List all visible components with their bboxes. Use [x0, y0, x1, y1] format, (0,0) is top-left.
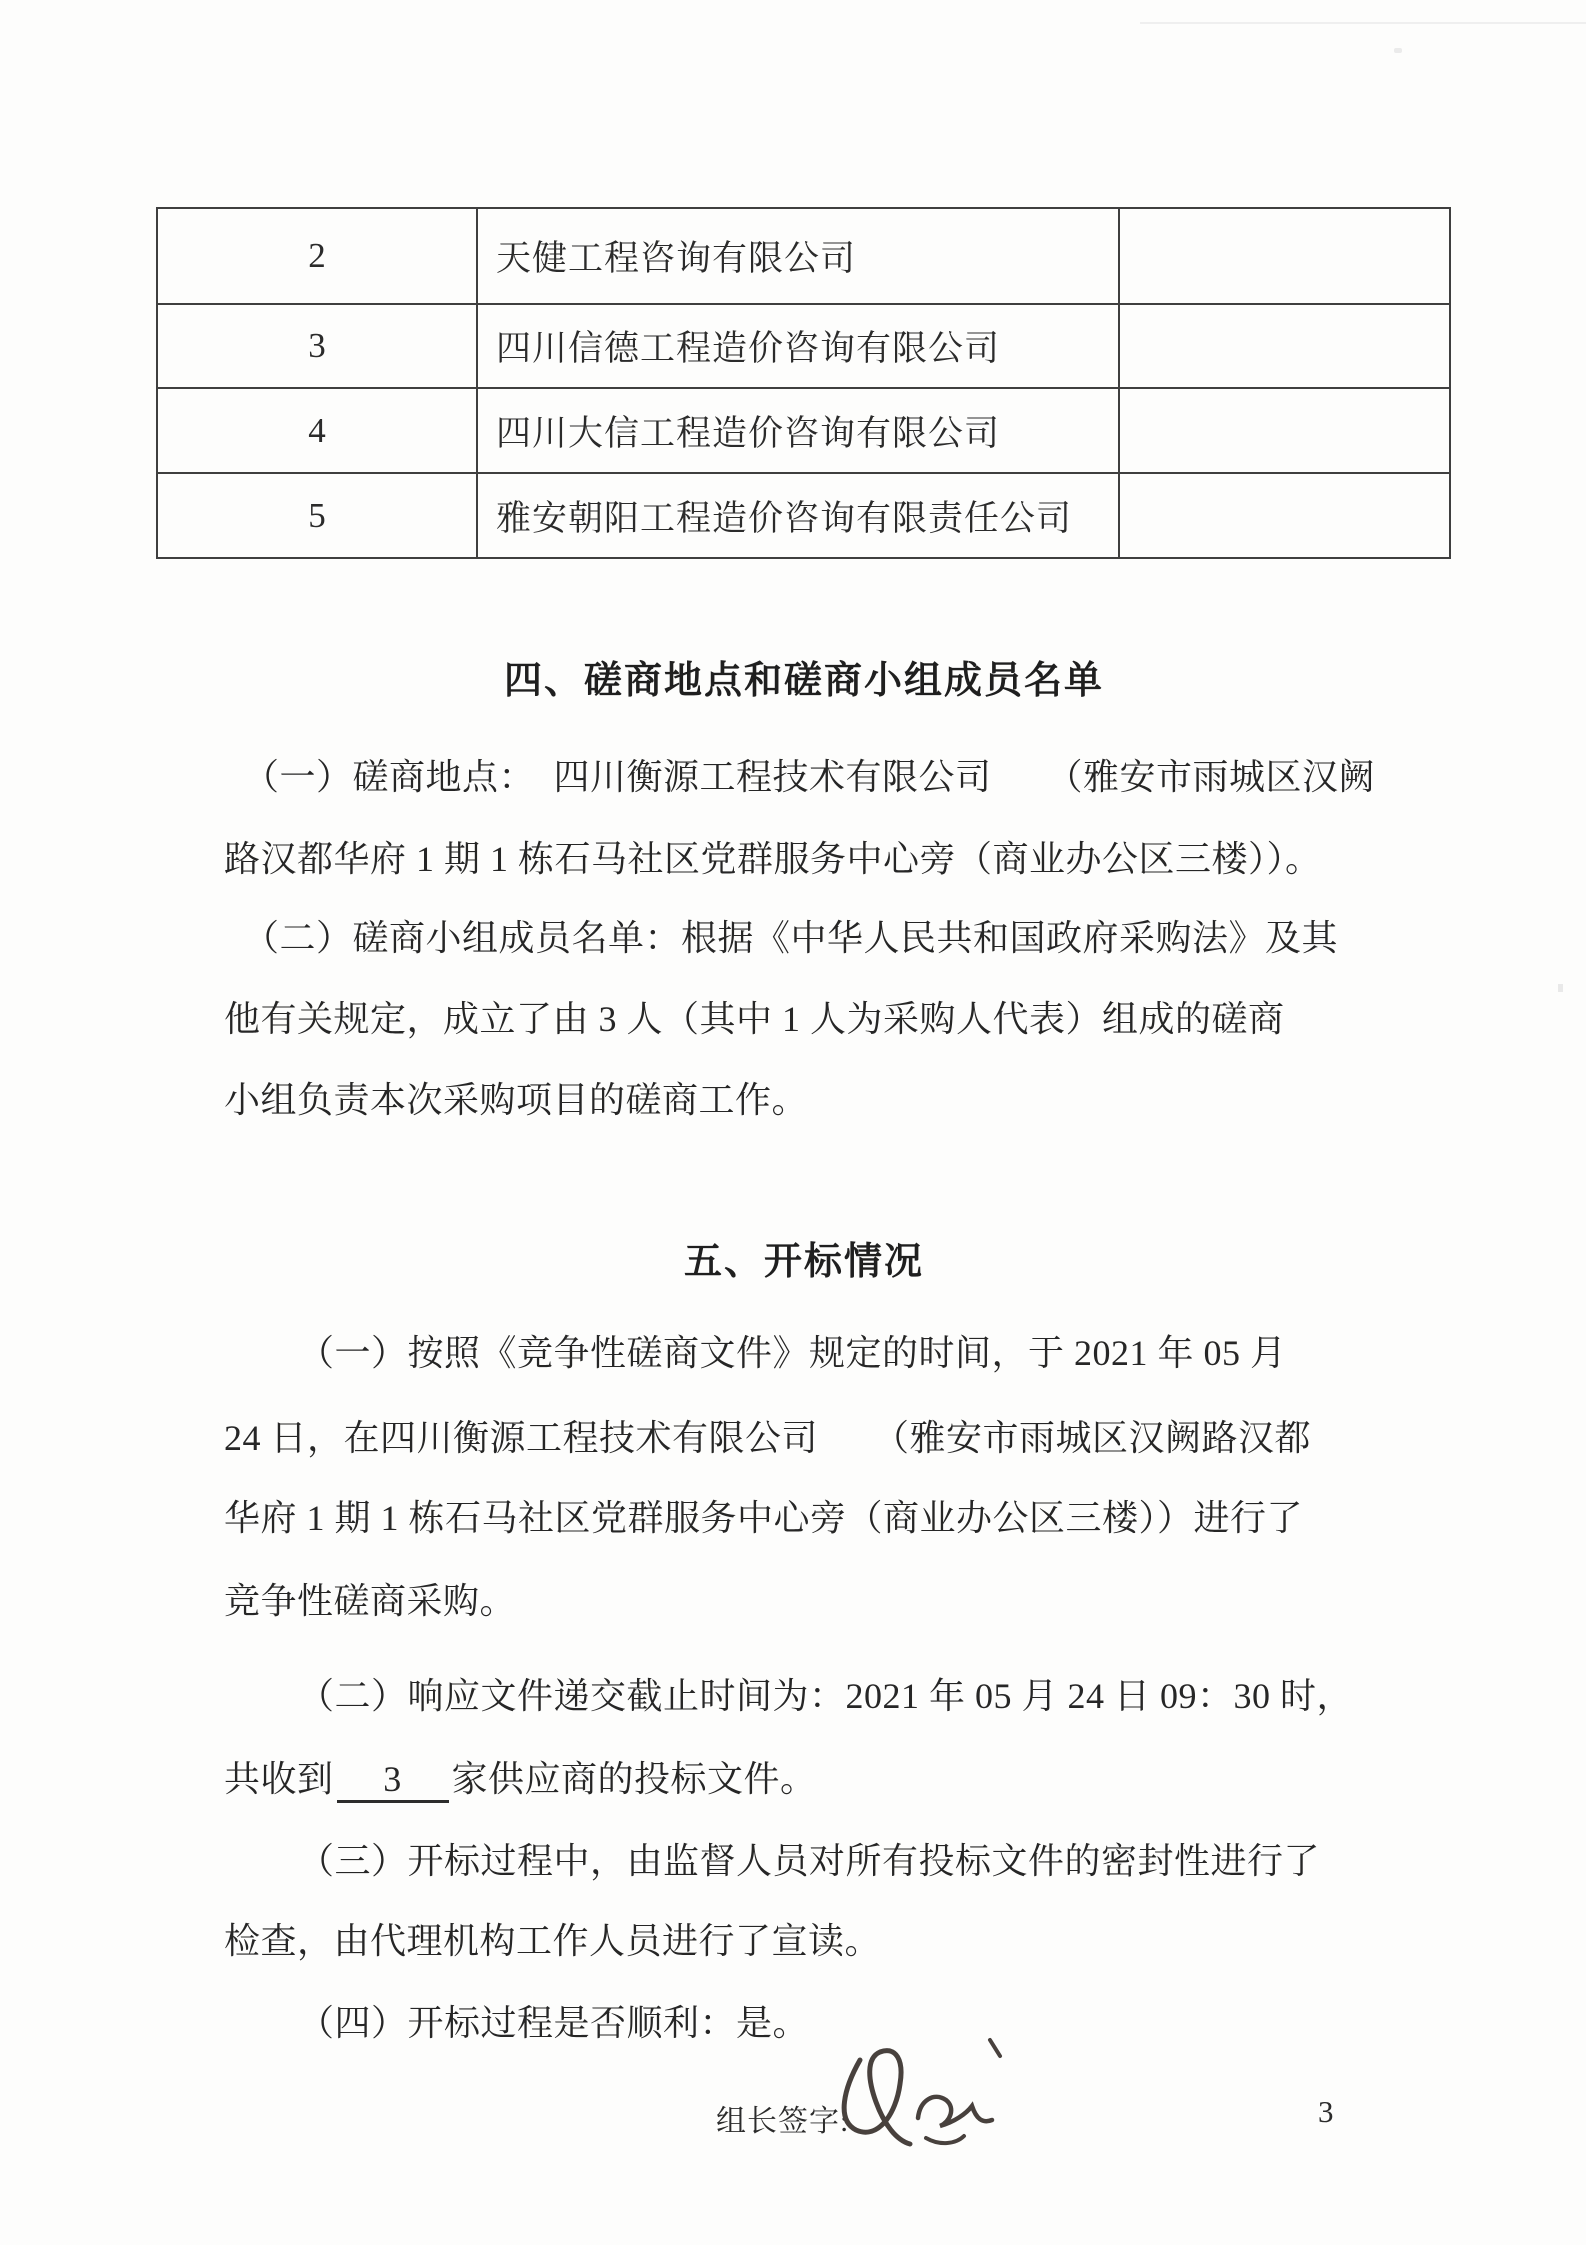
body-line: （一）按照《竞争性磋商文件》规定的时间，于 2021 年 05 月: [224, 1332, 1548, 1374]
supplier-number: 3: [157, 304, 477, 388]
supplier-note: [1119, 473, 1450, 558]
body-line: （二）响应文件递交截止时间为：2021 年 05 月 24 日 09：30 时，: [224, 1675, 1548, 1717]
body-line: 他有关规定，成立了由 3 人（其中 1 人为采购人代表）组成的磋商: [224, 998, 1474, 1040]
supplier-name: 四川信德工程造价咨询有限公司: [477, 304, 1119, 388]
leader-signature-handwriting: [822, 2018, 1042, 2168]
table-row: 2 天健工程咨询有限公司: [157, 208, 1450, 304]
received-prefix: 共收到: [224, 1759, 334, 1799]
received-count-underline: 3: [337, 1758, 449, 1803]
supplier-name: 四川大信工程造价咨询有限公司: [477, 388, 1119, 473]
body-line: 检查，由代理机构工作人员进行了宣读。: [224, 1920, 1474, 1962]
scan-artifact-speck: [1394, 48, 1402, 53]
supplier-name: 雅安朝阳工程造价咨询有限责任公司: [477, 473, 1119, 558]
received-count-line: 共收到3家供应商的投标文件。: [224, 1758, 1474, 1803]
body-line: 华府 1 期 1 栋石马社区党群服务中心旁（商业办公区三楼））进行了: [224, 1497, 1474, 1539]
received-suffix: 家供应商的投标文件。: [452, 1759, 817, 1799]
body-line: 竞争性磋商采购。: [224, 1580, 1474, 1622]
supplier-number: 5: [157, 473, 477, 558]
body-line: （三）开标过程中，由监督人员对所有投标文件的密封性进行了: [224, 1840, 1548, 1882]
supplier-note: [1119, 388, 1450, 473]
section-4-heading: 四、磋商地点和磋商小组成员名单: [224, 660, 1384, 702]
suppliers-table: 2 天健工程咨询有限公司 3 四川信德工程造价咨询有限公司 4 四川大信工程造价…: [156, 207, 1451, 559]
table-row: 5 雅安朝阳工程造价咨询有限责任公司: [157, 473, 1450, 558]
scanned-document-page: 2 天健工程咨询有限公司 3 四川信德工程造价咨询有限公司 4 四川大信工程造价…: [0, 0, 1586, 2245]
received-count-value: 3: [383, 1759, 402, 1799]
body-line: 路汉都华府 1 期 1 栋石马社区党群服务中心旁（商业办公区三楼））。: [224, 838, 1474, 880]
body-line: （二）磋商小组成员名单：根据《中华人民共和国政府采购法》及其: [224, 917, 1493, 959]
scan-artifact-line: [1140, 22, 1586, 24]
table-row: 4 四川大信工程造价咨询有限公司: [157, 388, 1450, 473]
body-line: 小组负责本次采购项目的磋商工作。: [224, 1079, 1474, 1121]
supplier-note: [1119, 304, 1450, 388]
scan-artifact-speck: [1558, 984, 1563, 992]
supplier-number: 4: [157, 388, 477, 473]
supplier-number: 2: [157, 208, 477, 304]
section-5-heading: 五、开标情况: [224, 1241, 1384, 1283]
body-line: 24 日，在四川衡源工程技术有限公司 （雅安市雨城区汉阙路汉都: [224, 1417, 1474, 1459]
table-row: 3 四川信德工程造价咨询有限公司: [157, 304, 1450, 388]
supplier-name: 天健工程咨询有限公司: [477, 208, 1119, 304]
page-number: 3: [1318, 2094, 1334, 2130]
supplier-note: [1119, 208, 1450, 304]
body-line: （一）磋商地点： 四川衡源工程技术有限公司 （雅安市雨城区汉阙: [224, 756, 1493, 798]
